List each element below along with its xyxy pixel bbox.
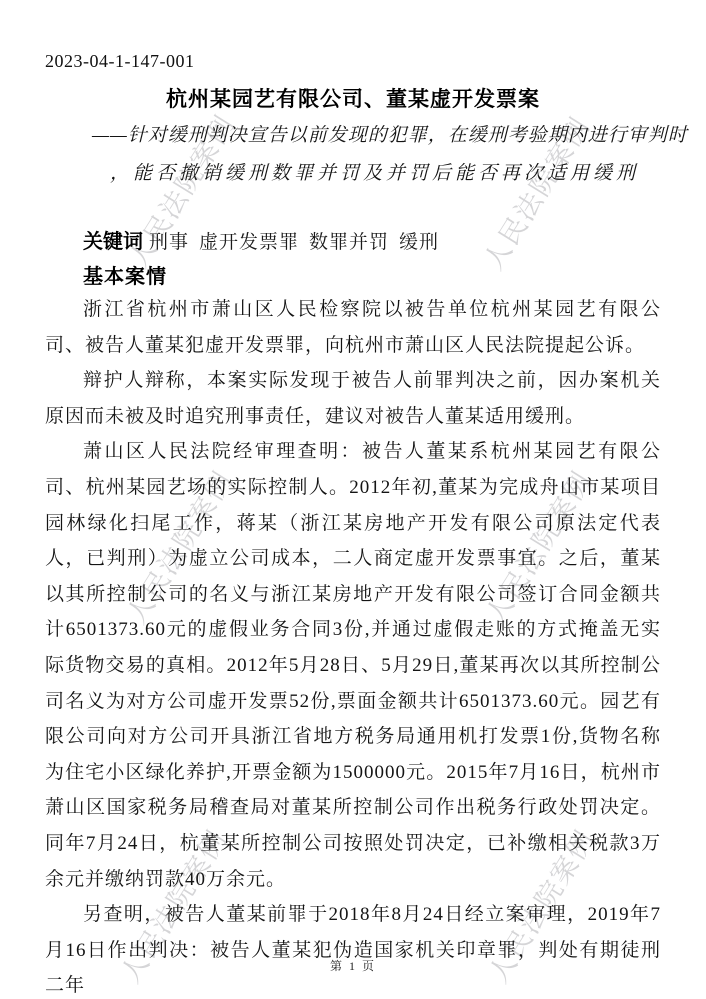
document-content: 2023-04-1-147-001 杭州某园艺有限公司、董某虚开发票案 ——针对… xyxy=(0,0,706,999)
keyword-item: 缓刑 xyxy=(399,232,439,253)
page-number-footer: 第 1 页 xyxy=(0,957,706,974)
section-heading-basic-facts: 基本案情 xyxy=(83,260,167,289)
case-subtitle-line-2: ，能否撤销缓刑数罪并罚及并罚后能否再次适用缓刑 xyxy=(110,158,639,185)
keyword-item: 刑事 xyxy=(149,232,189,253)
case-body-text: 浙江省杭州市萧山区人民检察院以被告单位杭州某园艺有限公司、被告人董某犯虚开发票罪… xyxy=(45,292,661,999)
body-paragraph: 浙江省杭州市萧山区人民检察院以被告单位杭州某园艺有限公司、被告人董某犯虚开发票罪… xyxy=(45,292,661,363)
body-paragraph: 萧山区人民法院经审理查明：被告人董某系杭州某园艺有限公司、杭州某园艺场的实际控制… xyxy=(45,434,661,897)
case-reference-number: 2023-04-1-147-001 xyxy=(45,51,194,72)
keyword-item: 数罪并罚 xyxy=(309,232,389,253)
body-paragraph: 辩护人辩称，本案实际发现于被告人前罪判决之前，因办案机关原因而未被及时追究刑事责… xyxy=(45,363,661,434)
case-subtitle-line-1: ——针对缓刑判决宣告以前发现的犯罪，在缓刑考验期内进行审判时 xyxy=(92,120,688,147)
keyword-item: 虚开发票罪 xyxy=(199,232,299,253)
keywords-line: 关键词刑事虚开发票罪数罪并罚缓刑 xyxy=(83,225,449,254)
case-title: 杭州某园艺有限公司、董某虚开发票案 xyxy=(45,83,661,113)
body-paragraph: 另查明，被告人董某前罪于2018年8月24日经立案审理，2019年7月16日作出… xyxy=(45,897,661,999)
keywords-label: 关键词 xyxy=(83,231,143,253)
document-page: 人民法院案例 人民法院案例 人民法院案例 人民法院案例 人民法院案例 人民法院案… xyxy=(0,0,706,999)
